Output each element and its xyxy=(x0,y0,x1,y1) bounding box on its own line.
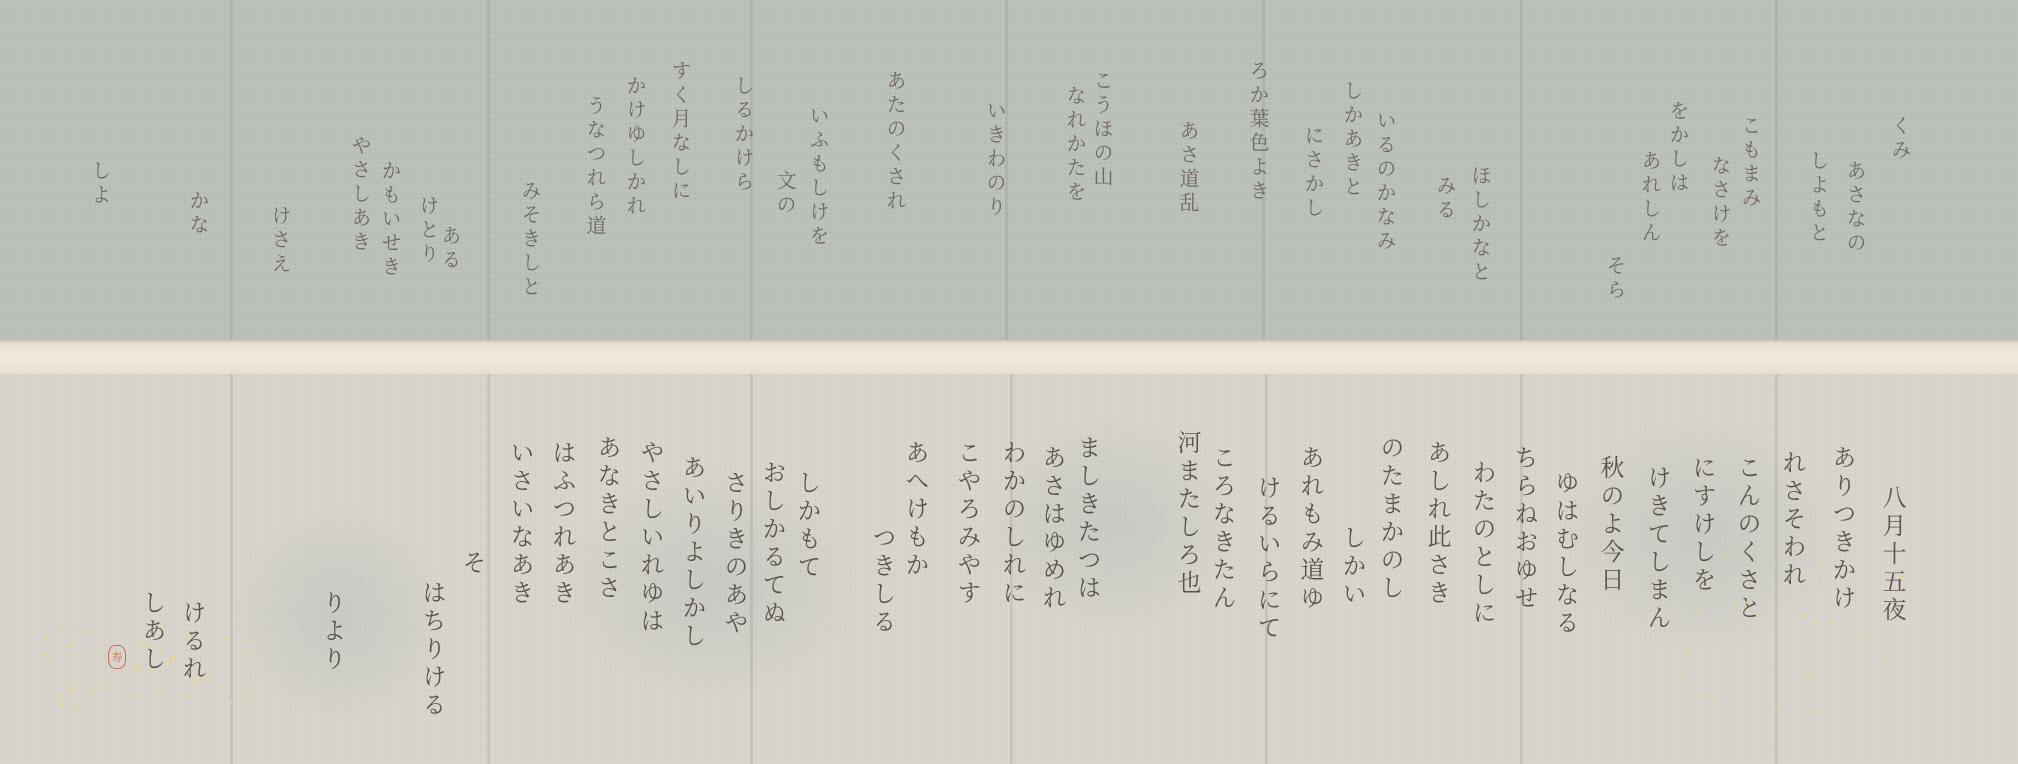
calligraphy-column: あさ道乱 xyxy=(1178,120,1198,216)
bottom-half-sheet: 八月十五夜ありつきかけれさそわれこんのくさとにすけしをけきてしまん秋のよ今日ゆは… xyxy=(0,374,2018,764)
panel-crease xyxy=(487,374,490,764)
calligraphy-column: ちらねおゆせ xyxy=(1512,445,1536,613)
panel-crease xyxy=(487,0,490,342)
gold-fleck xyxy=(185,630,188,633)
calligraphy-column: こんのくさと xyxy=(1735,455,1759,623)
gold-fleck xyxy=(74,686,77,689)
gold-fleck xyxy=(1732,603,1735,606)
calligraphy-column: わたのとしに xyxy=(1470,460,1494,628)
gold-fleck xyxy=(173,656,176,659)
calligraphy-column: あさなの xyxy=(1845,160,1865,256)
calligraphy-column: はふつれあき xyxy=(550,440,574,608)
calligraphy-column: わかのしれに xyxy=(1000,440,1024,608)
calligraphy-column: しるかけら xyxy=(733,75,753,195)
calligraphy-column: こやろみやす xyxy=(955,440,979,608)
gold-fleck xyxy=(148,669,151,672)
gold-fleck xyxy=(247,702,250,705)
calligraphy-column: おしかるてぬ xyxy=(760,460,784,628)
calligraphy-column: うなつれら道 xyxy=(585,95,605,239)
gold-fleck xyxy=(1698,611,1701,614)
calligraphy-column: あさはゆめれ xyxy=(1040,445,1064,613)
gold-fleck xyxy=(162,626,165,629)
calligraphy-column: いさいなあき xyxy=(508,440,532,608)
calligraphy-column: いふもしけを xyxy=(808,105,828,249)
calligraphy-column: あへけもか xyxy=(903,440,927,580)
gold-fleck xyxy=(1855,568,1858,571)
calligraphy-column: あいりよしかし xyxy=(680,455,704,651)
gold-fleck xyxy=(103,687,106,690)
calligraphy-column: かけゆしかれ xyxy=(625,75,645,219)
gold-fleck xyxy=(226,636,229,639)
gold-fleck xyxy=(144,643,147,646)
gold-fleck xyxy=(42,653,45,656)
gold-fleck xyxy=(138,643,141,646)
gold-fleck xyxy=(169,662,172,665)
red-seal-stamp: 寿 xyxy=(108,645,126,669)
calligraphy-column: ありつきかけ xyxy=(1830,445,1854,613)
gold-fleck xyxy=(58,626,61,629)
calligraphy-column: なれかたを xyxy=(1065,85,1085,205)
gold-fleck xyxy=(150,643,153,646)
panel-crease xyxy=(1775,0,1778,342)
gold-fleck xyxy=(196,680,199,683)
calligraphy-column: けとり xyxy=(418,195,438,267)
calligraphy-column: ある xyxy=(440,225,460,273)
calligraphy-column: ゆはむしなる xyxy=(1553,470,1577,638)
calligraphy-column: れさそわれ xyxy=(1780,450,1804,590)
gold-fleck xyxy=(190,676,193,679)
calligraphy-column: みそきしと xyxy=(520,180,540,300)
calligraphy-column: いきわのり xyxy=(985,100,1005,220)
calligraphy-column: けるいらにて xyxy=(1255,475,1279,643)
calligraphy-column: りより xyxy=(320,590,344,674)
calligraphy-column: 秋のよ今日 xyxy=(1598,455,1622,595)
gold-fleck xyxy=(1702,695,1705,698)
calligraphy-column: すく月なしに xyxy=(670,60,690,204)
gold-fleck xyxy=(1775,703,1778,706)
panel-crease xyxy=(750,374,753,764)
panel-crease xyxy=(230,374,233,764)
calligraphy-column: あたのくされ xyxy=(885,70,905,214)
calligraphy-column: やさしあき xyxy=(350,135,370,255)
fold-edge-top xyxy=(0,340,2018,342)
calligraphy-column: にさかし xyxy=(1303,125,1323,221)
gold-fleck xyxy=(137,691,140,694)
gold-fleck xyxy=(1714,698,1717,701)
calligraphy-scroll: くみあさなのしよもとこもまみなさけををかしはあれしんそらほしかなとみるいるのかな… xyxy=(0,0,2018,764)
horizontal-fold-band xyxy=(0,340,2018,376)
panel-crease xyxy=(1520,0,1523,342)
calligraphy-column: 文の xyxy=(775,170,795,218)
calligraphy-column: あなきとこさ xyxy=(595,435,619,603)
calligraphy-column: しかあきと xyxy=(1342,80,1362,200)
calligraphy-column: そら xyxy=(1605,255,1625,303)
calligraphy-column: をかしは xyxy=(1668,100,1688,196)
calligraphy-column: けさえ xyxy=(270,205,290,277)
gold-fleck xyxy=(99,701,102,704)
calligraphy-column: ころなきたん xyxy=(1210,445,1234,613)
gold-fleck xyxy=(70,642,73,645)
gold-fleck xyxy=(1755,612,1758,615)
calligraphy-column: 河またしろ也 xyxy=(1175,430,1199,598)
calligraphy-column: しよ xyxy=(90,160,110,208)
calligraphy-column: しあし xyxy=(140,590,164,674)
panel-crease xyxy=(230,0,233,342)
calligraphy-column: のたまかのし xyxy=(1378,435,1402,603)
gold-fleck xyxy=(244,693,247,696)
calligraphy-column: けるれ xyxy=(180,600,204,684)
calligraphy-column: あれもみ道ゆ xyxy=(1298,445,1322,613)
calligraphy-column: あしれ此さき xyxy=(1425,440,1449,608)
calligraphy-column: しかもて xyxy=(795,470,819,582)
calligraphy-column: けきてしまん xyxy=(1645,465,1669,633)
calligraphy-column: ろか葉色よき xyxy=(1248,60,1268,204)
seal-glyph: 寿 xyxy=(112,649,123,665)
calligraphy-column: ましきたつは xyxy=(1075,435,1099,603)
calligraphy-column: そ xyxy=(460,550,484,578)
gold-fleck xyxy=(188,637,191,640)
calligraphy-column: はちりける xyxy=(420,580,444,720)
calligraphy-column: しかい xyxy=(1340,525,1364,609)
gold-fleck xyxy=(58,698,61,701)
gold-fleck xyxy=(93,695,96,698)
calligraphy-column: くみ xyxy=(1890,115,1910,163)
gold-fleck xyxy=(60,703,63,706)
calligraphy-column: つきしる xyxy=(870,525,894,637)
calligraphy-column: こもまみ xyxy=(1740,115,1760,211)
calligraphy-column: かな xyxy=(188,190,208,238)
calligraphy-column: かもいせき xyxy=(380,160,400,280)
calligraphy-column: こうほの山 xyxy=(1092,70,1112,190)
calligraphy-column: さりきのあや xyxy=(722,470,746,638)
calligraphy-column: あれしん xyxy=(1640,150,1660,246)
calligraphy-column: ほしかなと xyxy=(1470,165,1490,285)
calligraphy-column: やさしいれゆは xyxy=(638,440,662,636)
top-half-sheet: くみあさなのしよもとこもまみなさけををかしはあれしんそらほしかなとみるいるのかな… xyxy=(0,0,2018,342)
calligraphy-column: いるのかなみ xyxy=(1375,110,1395,254)
calligraphy-column: しよもと xyxy=(1808,150,1828,246)
calligraphy-column: みる xyxy=(1435,175,1455,223)
calligraphy-column: 八月十五夜 xyxy=(1880,485,1904,625)
gold-fleck xyxy=(67,660,70,663)
calligraphy-column: にすけしを xyxy=(1690,455,1714,595)
gold-fleck xyxy=(185,694,188,697)
gold-fleck xyxy=(191,683,194,686)
gold-fleck xyxy=(98,643,101,646)
calligraphy-column: なさけを xyxy=(1710,155,1730,251)
